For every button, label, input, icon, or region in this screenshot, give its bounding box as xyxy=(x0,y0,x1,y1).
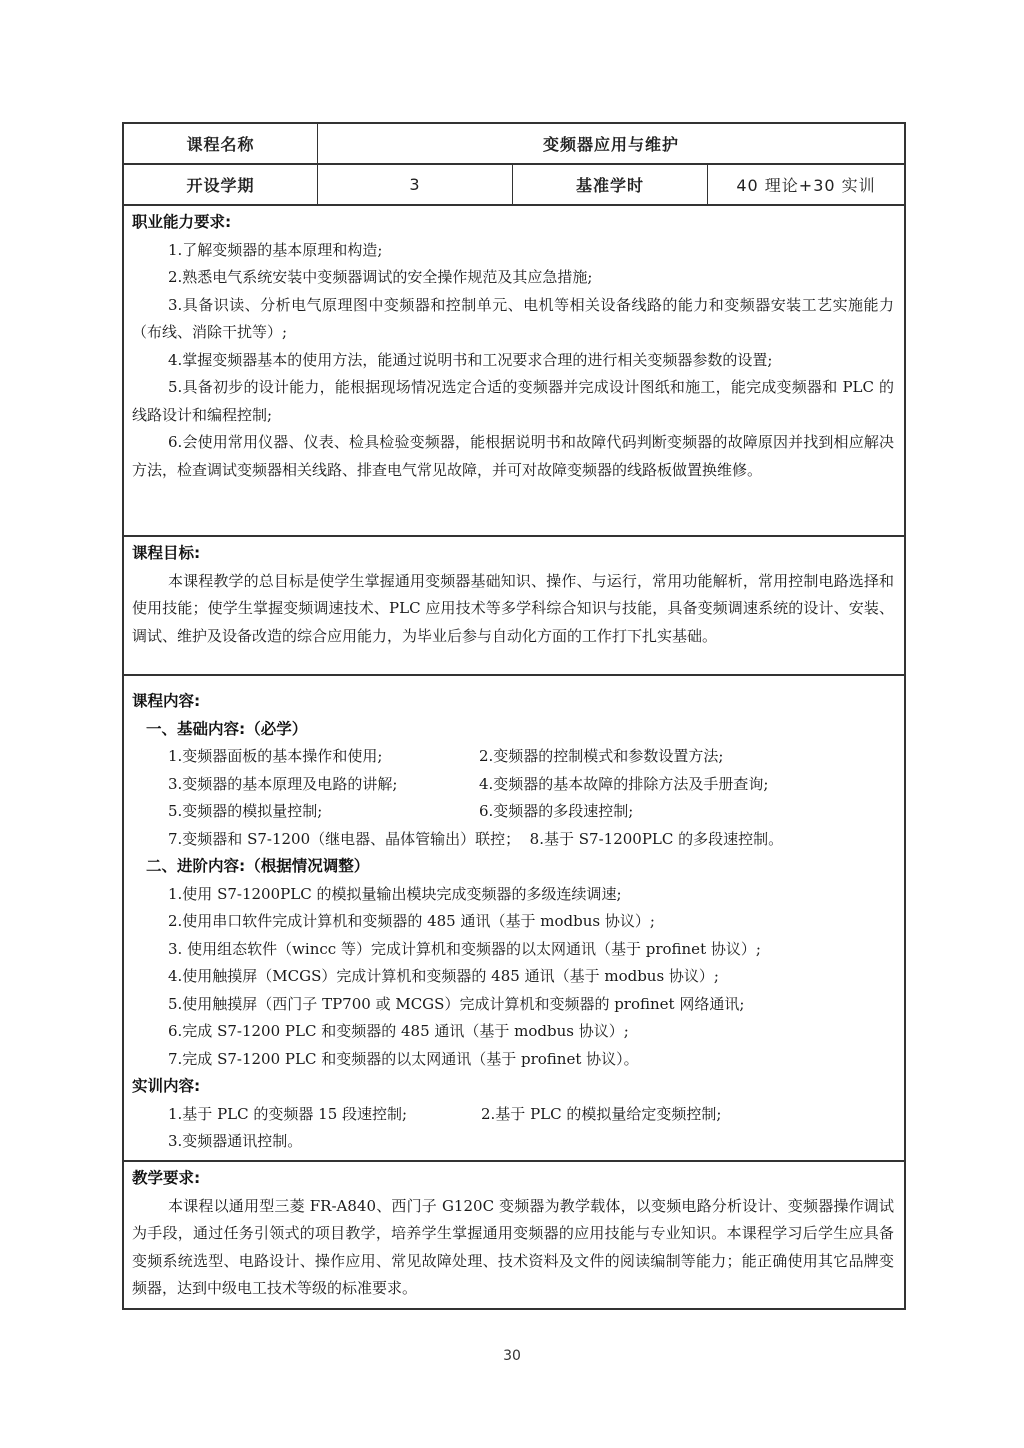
goal-title: 课程目标: xyxy=(132,540,894,568)
basic-item: 1.变频器面板的基本操作和使用; xyxy=(168,743,479,771)
ability-item: 3.具备识读、分析电气原理图中变频器和控制单元、电机等相关设备线路的能力和变频器… xyxy=(132,292,894,347)
course-name-label: 课程名称 xyxy=(124,124,318,163)
ability-requirements-section: 职业能力要求: 1.了解变频器的基本原理和构造; 2.熟悉电气系统安装中变频器调… xyxy=(124,206,904,537)
hours-value: 40 理论+30 实训 xyxy=(708,165,904,204)
basic-content-row: 1.变频器面板的基本操作和使用; 2.变频器的控制模式和参数设置方法; xyxy=(132,743,894,771)
semester-hours-row: 开设学期 3 基准学时 40 理论+30 实训 xyxy=(124,165,904,206)
basic-item: 4.变频器的基本故障的排除方法及手册查询; xyxy=(479,771,768,799)
course-content-section: 课程内容: 一、基础内容:（必学） 1.变频器面板的基本操作和使用; 2.变频器… xyxy=(124,676,904,1162)
basic-item: 2.变频器的控制模式和参数设置方法; xyxy=(479,743,723,771)
basic-content-row: 3.变频器的基本原理及电路的讲解; 4.变频器的基本故障的排除方法及手册查询; xyxy=(132,771,894,799)
ability-item: 1.了解变频器的基本原理和构造; xyxy=(132,237,894,265)
advanced-content-title: 二、进阶内容:（根据情况调整） xyxy=(132,853,894,881)
advanced-item: 7.完成 S7-1200 PLC 和变频器的以太网通讯（基于 profinet … xyxy=(132,1046,894,1074)
advanced-item: 6.完成 S7-1200 PLC 和变频器的 485 通讯（基于 modbus … xyxy=(132,1018,894,1046)
content-title: 课程内容: xyxy=(132,688,894,716)
semester-label: 开设学期 xyxy=(124,165,318,204)
training-item: 1.基于 PLC 的变频器 15 段速控制; xyxy=(168,1101,481,1129)
ability-title: 职业能力要求: xyxy=(132,209,894,237)
ability-item: 4.掌握变频器基本的使用方法，能通过说明书和工况要求合理的进行相关变频器参数的设… xyxy=(132,347,894,375)
basic-content-title: 一、基础内容:（必学） xyxy=(132,716,894,744)
course-name-row: 课程名称 变频器应用与维护 xyxy=(124,124,904,165)
ability-item: 5.具备初步的设计能力，能根据现场情况选定合适的变频器并完成设计图纸和施工，能完… xyxy=(132,374,894,429)
training-row: 1.基于 PLC 的变频器 15 段速控制; 2.基于 PLC 的模拟量给定变频… xyxy=(132,1101,894,1129)
advanced-item: 1.使用 S7-1200PLC 的模拟量输出模块完成变频器的多级连续调速; xyxy=(132,881,894,909)
basic-content-row: 5.变频器的模拟量控制; 6.变频器的多段速控制; xyxy=(132,798,894,826)
teaching-title: 教学要求: xyxy=(132,1165,894,1193)
hours-label: 基准学时 xyxy=(513,165,708,204)
course-syllabus-table: 课程名称 变频器应用与维护 开设学期 3 基准学时 40 理论+30 实训 职业… xyxy=(122,122,906,1310)
teaching-text: 本课程以通用型三菱 FR-A840、西门子 G120C 变频器为教学载体，以变频… xyxy=(132,1193,894,1303)
training-item: 2.基于 PLC 的模拟量给定变频控制; xyxy=(481,1101,721,1129)
advanced-item: 3. 使用组态软件（wincc 等）完成计算机和变频器的以太网通讯（基于 pro… xyxy=(132,936,894,964)
page-number: 30 xyxy=(0,1348,1024,1364)
advanced-item: 5.使用触摸屏（西门子 TP700 或 MCGS）完成计算机和变频器的 prof… xyxy=(132,991,894,1019)
ability-item: 6.会使用常用仪器、仪表、检具检验变频器，能根据说明书和故障代码判断变频器的故障… xyxy=(132,429,894,484)
training-item: 3.变频器通讯控制。 xyxy=(132,1128,894,1156)
basic-item: 5.变频器的模拟量控制; xyxy=(168,798,479,826)
advanced-item: 2.使用串口软件完成计算机和变频器的 485 通讯（基于 modbus 协议）; xyxy=(132,908,894,936)
training-title: 实训内容: xyxy=(132,1073,894,1101)
goal-text: 本课程教学的总目标是使学生掌握通用变频器基础知识、操作、与运行，常用功能解析，常… xyxy=(132,568,894,651)
basic-item: 6.变频器的多段速控制; xyxy=(479,798,633,826)
semester-value: 3 xyxy=(318,165,513,204)
basic-item: 3.变频器的基本原理及电路的讲解; xyxy=(168,771,479,799)
teaching-requirements-section: 教学要求: 本课程以通用型三菱 FR-A840、西门子 G120C 变频器为教学… xyxy=(124,1162,904,1308)
basic-item: 7.变频器和 S7-1200（继电器、晶体管输出）联控； 8.基于 S7-120… xyxy=(132,826,894,854)
course-name-value: 变频器应用与维护 xyxy=(318,124,904,163)
course-goal-section: 课程目标: 本课程教学的总目标是使学生掌握通用变频器基础知识、操作、与运行，常用… xyxy=(124,537,904,676)
ability-item: 2.熟悉电气系统安装中变频器调试的安全操作规范及其应急措施; xyxy=(132,264,894,292)
advanced-item: 4.使用触摸屏（MCGS）完成计算机和变频器的 485 通讯（基于 modbus… xyxy=(132,963,894,991)
